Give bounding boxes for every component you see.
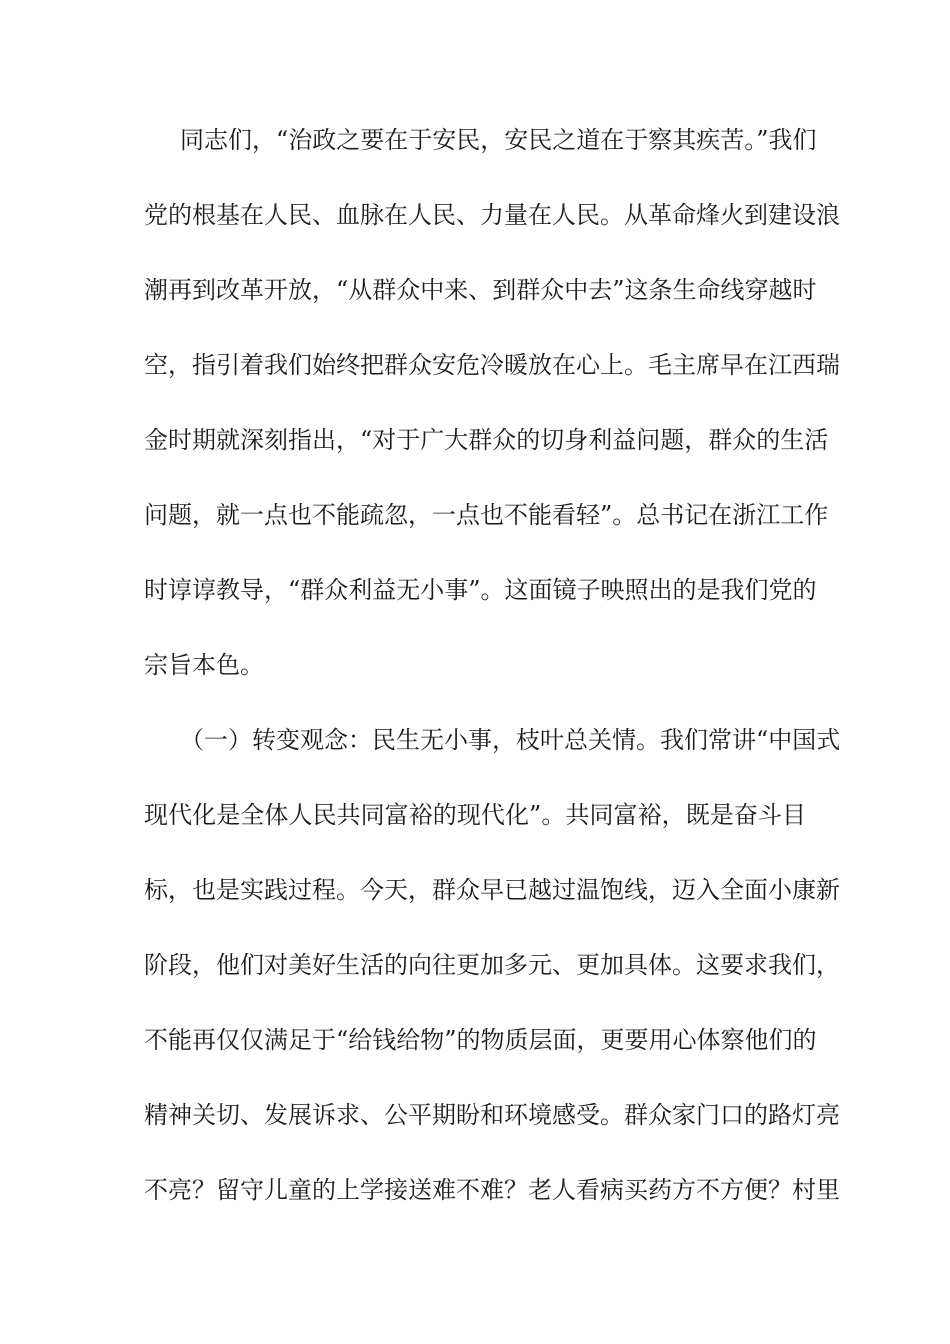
text-line: 金时期就深刻指出，“对于广大群众的切身利益问题，群众的生活 bbox=[144, 422, 806, 497]
text-line: 宗旨本色。 bbox=[144, 647, 806, 722]
text-line: 同志们，“治政之要在于安民，安民之道在于察其疾苦。”我们 bbox=[144, 122, 806, 197]
text-line: 问题，就一点也不能疏忽，一点也不能看轻”。总书记在浙江工作 bbox=[144, 497, 806, 572]
text-line: 标，也是实践过程。今天，群众早已越过温饱线，迈入全面小康新 bbox=[144, 872, 806, 947]
document-body: 同志们，“治政之要在于安民，安民之道在于察其疾苦。”我们 党的根基在人民、血脉在… bbox=[144, 122, 806, 1247]
text-line: 潮再到改革开放，“从群众中来、到群众中去”这条生命线穿越时 bbox=[144, 272, 806, 347]
section-heading-line: （一）转变观念：民生无小事，枝叶总关情。我们常讲“中国式 bbox=[144, 722, 806, 797]
text-line: 不能再仅仅满足于“给钱给物”的物质层面，更要用心体察他们的 bbox=[144, 1022, 806, 1097]
text-line: 阶段，他们对美好生活的向往更加多元、更加具体。这要求我们， bbox=[144, 947, 806, 1022]
text-line: 精神关切、发展诉求、公平期盼和环境感受。群众家门口的路灯亮 bbox=[144, 1097, 806, 1172]
text-line: 党的根基在人民、血脉在人民、力量在人民。从革命烽火到建设浪 bbox=[144, 197, 806, 272]
text-line: 现代化是全体人民共同富裕的现代化”。共同富裕，既是奋斗目 bbox=[144, 797, 806, 872]
text-line: 空，指引着我们始终把群众安危冷暖放在心上。毛主席早在江西瑞 bbox=[144, 347, 806, 422]
paragraph-2: （一）转变观念：民生无小事，枝叶总关情。我们常讲“中国式 现代化是全体人民共同富… bbox=[144, 722, 806, 1247]
paragraph-1: 同志们，“治政之要在于安民，安民之道在于察其疾苦。”我们 党的根基在人民、血脉在… bbox=[144, 122, 806, 722]
text-line: 时谆谆教导，“群众利益无小事”。这面镜子映照出的是我们党的 bbox=[144, 572, 806, 647]
document-page: 同志们，“治政之要在于安民，安民之道在于察其疾苦。”我们 党的根基在人民、血脉在… bbox=[0, 0, 950, 1344]
text-line: 不亮？留守儿童的上学接送难不难？老人看病买药方不方便？村里 bbox=[144, 1172, 806, 1247]
